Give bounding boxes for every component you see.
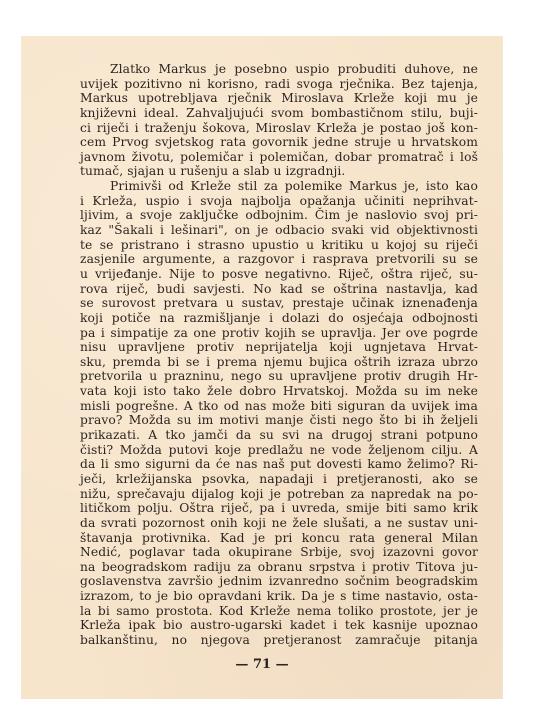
text-line: u vrijeđanje. Nije to posve negativno. R… <box>80 267 478 282</box>
text-line: goslavenstva završio jednim izvanredno s… <box>80 574 478 589</box>
text-line: ječi, krležijanska psovka, napadaji i pr… <box>80 472 478 487</box>
text-line: litičkom polju. Oštra riječ, pa i uvreda… <box>80 501 478 516</box>
text-line: vata koji isto tako žele dobro Hrvatskoj… <box>80 384 478 399</box>
text-line: Nedić, poglavar tada okupirane Srbije, s… <box>80 545 478 560</box>
text-line: štavanja protivnika. Kad je pri koncu ra… <box>80 531 478 546</box>
text-line: se surovost pretvara u sustav, prestaje … <box>80 296 478 311</box>
text-line: ljivim, a svoje zaključke odbojnim. Čim … <box>80 208 478 223</box>
body-text: Zlatko Markus je posebno uspio probuditi… <box>80 62 478 648</box>
page-number: — 71 — <box>21 657 503 672</box>
book-page: Zlatko Markus je posebno uspio probuditi… <box>21 36 503 699</box>
text-line: i Krleža, uspio i svoja najbolja opažanj… <box>80 194 478 209</box>
text-line: pravo? Možda su im motivi manje čisti ne… <box>80 413 478 428</box>
text-line: pa i simpatije za one protiv kojih se up… <box>80 326 478 341</box>
text-line: sku, premda bi se i prema njemu bujica o… <box>80 355 478 370</box>
text-line: na beogradskom radiju za obranu srpstva … <box>80 560 478 575</box>
text-line: javnom životu, polemičar i polemičan, do… <box>80 150 478 165</box>
text-line: tumač, sjajan u rušenju a slab u izgradn… <box>80 164 478 179</box>
text-line: književni ideal. Zahvaljujući svom bomba… <box>80 106 478 121</box>
text-line: balkanštinu, no njegova pretjeranost zam… <box>80 633 478 648</box>
text-line: la bi samo prostota. Kod Krleže nema tol… <box>80 604 478 619</box>
text-line: misli pogrešne. A tko od nas može biti s… <box>80 399 478 414</box>
text-line: rova riječ, budi savjesti. No kad se ošt… <box>80 282 478 297</box>
text-line: te se pristrano i strasno upustio u krit… <box>80 238 478 253</box>
text-line: uvijek pozitivno ni korisno, radi svoga … <box>80 77 478 92</box>
text-line: koji potiče na razmišljanje i dolazi do … <box>80 311 478 326</box>
text-line: Zlatko Markus je posebno uspio probuditi… <box>80 62 478 77</box>
text-line: zasjenile argumente, a razgovor i raspra… <box>80 252 478 267</box>
text-line: ci riječi i traženju šokova, Miroslav Kr… <box>80 121 478 136</box>
text-line: Krleža ipak bio austro-ugarski kadet i t… <box>80 618 478 633</box>
text-line: kaz "Šakali i lešinari", on je odbacio s… <box>80 223 478 238</box>
text-line: čisti? Možda putovi koje predlažu ne vod… <box>80 443 478 458</box>
text-line: nisu upravljene protiv neprijatelja koji… <box>80 340 478 355</box>
text-line: prikazati. A tko jamči da su svi na drug… <box>80 428 478 443</box>
text-line: izrazom, to je bio opravdani krik. Da je… <box>80 589 478 604</box>
text-line: nižu, sprečavaju dijalog koji je potreba… <box>80 487 478 502</box>
text-line: Primivši od Krleže stil za polemike Mark… <box>80 179 478 194</box>
text-line: da svrati pozornost onih koji ne žele sl… <box>80 516 478 531</box>
text-line: Markus upotrebljava rječnik Miroslava Kr… <box>80 91 478 106</box>
text-line: da li smo sigurni da će nas naš put dove… <box>80 457 478 472</box>
text-line: cem Prvog svjetskog rata govornik jedne … <box>80 135 478 150</box>
text-line: pretvorila u prazninu, nego su upravljen… <box>80 369 478 384</box>
